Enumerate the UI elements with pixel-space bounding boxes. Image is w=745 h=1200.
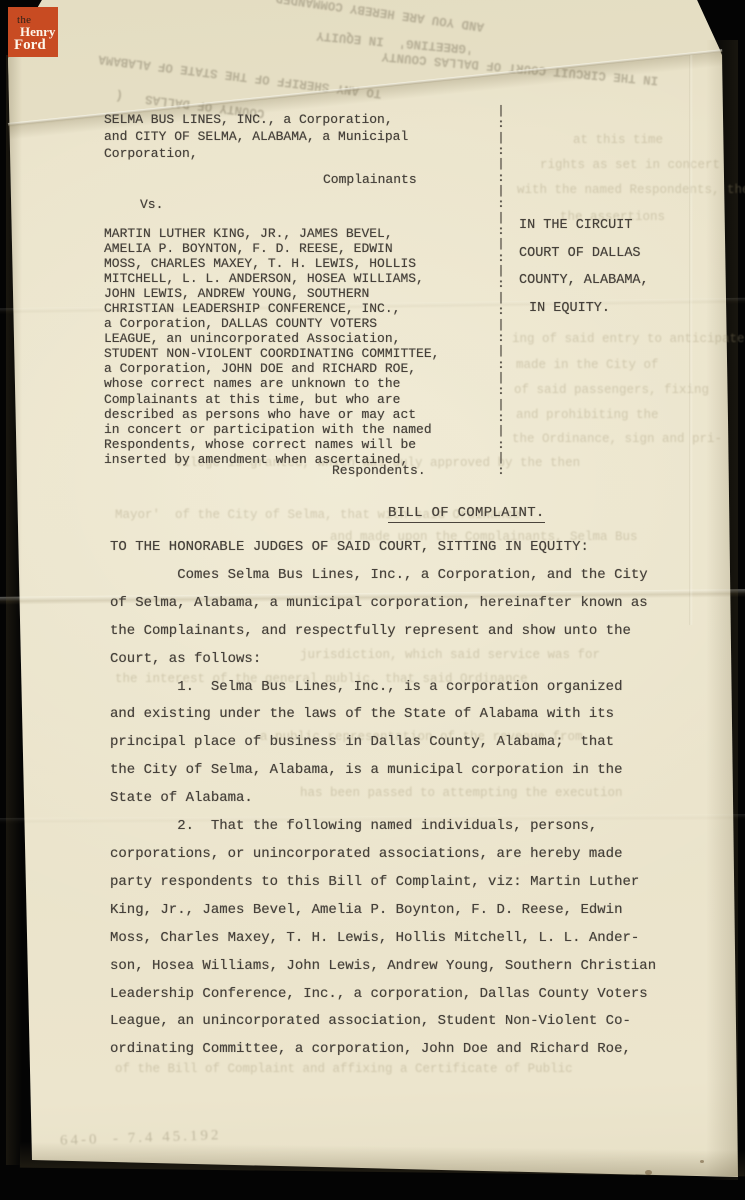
- typed-line: MOSS, CHARLES MAXEY, T. H. LEWIS, HOLLIS: [104, 256, 439, 271]
- typed-line: a Corporation, DALLAS COUNTY VOTERS: [104, 316, 439, 331]
- document-title: BILL OF COMPLAINT.: [388, 505, 545, 523]
- typed-line: 2. That the following named individuals,…: [110, 813, 656, 841]
- typed-line: a Corporation, JOHN DOE and RICHARD ROE,: [104, 361, 439, 376]
- separator-glyph: |: [496, 105, 506, 118]
- typed-line: MITCHELL, L. L. ANDERSON, HOSEA WILLIAMS…: [104, 271, 439, 286]
- typed-line: party respondents to this Bill of Compla…: [110, 869, 656, 897]
- typed-line: IN THE CIRCUIT: [519, 212, 649, 240]
- typed-line: LEAGUE, an unincorporated Association,: [104, 331, 439, 346]
- versus-label: Vs.: [140, 197, 163, 212]
- respondent-block: MARTIN LUTHER KING, JR., JAMES BEVEL,AME…: [104, 226, 439, 467]
- typed-line: 1. Selma Bus Lines, Inc., is a corporati…: [110, 674, 656, 702]
- court-designation: IN THE CIRCUITCOURT OF DALLASCOUNTY, ALA…: [519, 212, 649, 322]
- separator-glyph: :: [496, 359, 506, 372]
- typed-line: CHRISTIAN LEADERSHIP CONFERENCE, INC.,: [104, 301, 439, 316]
- separator-glyph: :: [496, 252, 506, 265]
- typed-line: AMELIA P. BOYNTON, F. D. REESE, EDWIN: [104, 241, 439, 256]
- typed-line: the City of Selma, Alabama, is a municip…: [110, 757, 656, 785]
- typed-line: in concert or participation with the nam…: [104, 422, 439, 437]
- typed-line: Moss, Charles Maxey, T. H. Lewis, Hollis…: [110, 925, 656, 953]
- separator-glyph: :: [496, 412, 506, 425]
- separator-glyph: |: [496, 158, 506, 171]
- separator-glyph: |: [496, 372, 506, 385]
- typed-line: IN EQUITY.: [519, 295, 649, 323]
- typed-line: SELMA BUS LINES, INC., a Corporation,: [104, 112, 408, 129]
- typed-line: COURT OF DALLAS: [519, 240, 649, 268]
- typed-line: described as persons who have or may act: [104, 407, 439, 422]
- typed-line: Respondents, whose correct names will be: [104, 437, 439, 452]
- separator-glyph: |: [496, 345, 506, 358]
- separator-glyph: |: [496, 185, 506, 198]
- separator-glyph: |: [496, 425, 506, 438]
- typed-line: STUDENT NON-VIOLENT COORDINATING COMMITT…: [104, 346, 439, 361]
- separator-glyph: |: [496, 399, 506, 412]
- typed-line: COUNTY, ALABAMA,: [519, 267, 649, 295]
- typed-line: corporations, or unincorporated associat…: [110, 841, 656, 869]
- caption-separator: |:|:|:|:|:|:|:|:|:|:|:|:|:|:: [496, 105, 506, 479]
- separator-glyph: |: [496, 452, 506, 465]
- paper-edge-shadow: [706, 40, 738, 1180]
- typed-line: Comes Selma Bus Lines, Inc., a Corporati…: [110, 562, 656, 590]
- typed-line: the Complainants, and respectfully repre…: [110, 618, 656, 646]
- complainants-label: Complainants: [323, 172, 417, 187]
- separator-glyph: :: [496, 198, 506, 211]
- typed-line: State of Alabama.: [110, 785, 656, 813]
- typed-line: and existing under the laws of the State…: [110, 701, 656, 729]
- separator-glyph: :: [496, 118, 506, 131]
- typed-line: ordinating Committee, a corporation, Joh…: [110, 1036, 656, 1064]
- separator-glyph: :: [496, 439, 506, 452]
- henry-ford-logo: the Henry Ford: [8, 7, 58, 57]
- paper-edge-shadow: [6, 55, 22, 1165]
- separator-glyph: |: [496, 238, 506, 251]
- typed-line: Leadership Conference, Inc., a corporati…: [110, 981, 656, 1009]
- separator-glyph: :: [496, 225, 506, 238]
- typed-line: Corporation,: [104, 146, 408, 163]
- separator-glyph: |: [496, 292, 506, 305]
- typed-line: MARTIN LUTHER KING, JR., JAMES BEVEL,: [104, 226, 439, 241]
- logo-name-line2: Ford: [14, 37, 46, 54]
- typed-line: King, Jr., James Bevel, Amelia P. Boynto…: [110, 897, 656, 925]
- scanned-document: AND YOU ARE HEREBY COMMANDED'GREETING' I…: [0, 0, 745, 1200]
- respondents-label: Respondents.: [332, 463, 426, 478]
- typed-line: son, Hosea Williams, John Lewis, Andrew …: [110, 953, 656, 981]
- typed-line: Complainants at this time, but who are: [104, 392, 439, 407]
- typed-line: of Selma, Alabama, a municipal corporati…: [110, 590, 656, 618]
- separator-glyph: :: [496, 305, 506, 318]
- separator-glyph: |: [496, 212, 506, 225]
- separator-glyph: :: [496, 465, 506, 478]
- separator-glyph: :: [496, 172, 506, 185]
- separator-glyph: :: [496, 385, 506, 398]
- separator-glyph: |: [496, 132, 506, 145]
- complainant-block: SELMA BUS LINES, INC., a Corporation,and…: [104, 112, 408, 162]
- typed-line: whose correct names are unknown to the: [104, 376, 439, 391]
- paper-stain: [645, 1170, 652, 1175]
- document-body: TO THE HONORABLE JUDGES OF SAID COURT, S…: [110, 534, 656, 1064]
- separator-glyph: :: [496, 332, 506, 345]
- separator-glyph: :: [496, 278, 506, 291]
- typed-line: and CITY OF SELMA, ALABAMA, a Municipal: [104, 129, 408, 146]
- separator-glyph: |: [496, 319, 506, 332]
- typed-line: JOHN LEWIS, ANDREW YOUNG, SOUTHERN: [104, 286, 439, 301]
- paper-stain: [700, 1160, 704, 1163]
- typed-line: TO THE HONORABLE JUDGES OF SAID COURT, S…: [110, 534, 656, 562]
- separator-glyph: |: [496, 265, 506, 278]
- typed-line: Court, as follows:: [110, 646, 656, 674]
- typed-line: principal place of business in Dallas Co…: [110, 729, 656, 757]
- separator-glyph: :: [496, 145, 506, 158]
- typed-line: League, an unincorporated association, S…: [110, 1008, 656, 1036]
